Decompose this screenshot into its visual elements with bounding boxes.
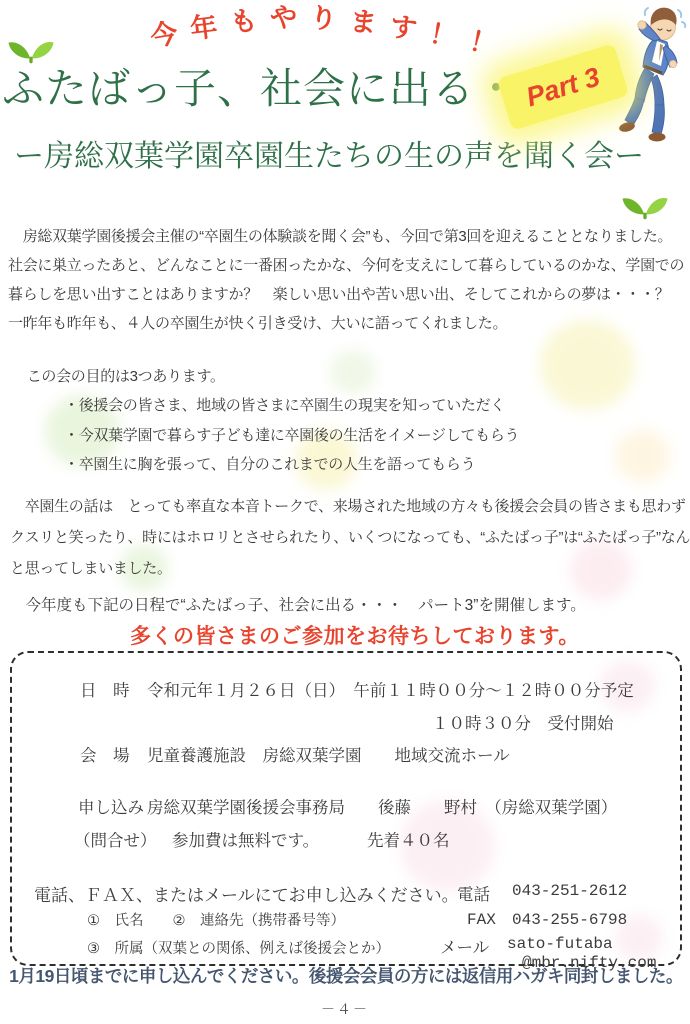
reception-time: １０時３０分 受付開始 [432, 710, 614, 734]
phone-label: 電話 [457, 881, 490, 905]
datetime-label: 日 時 [80, 677, 130, 701]
venue-value: 児童養護施設 房総双葉学園 地域交流ホール [147, 742, 510, 766]
fax-number: 043-255-6798 [512, 911, 627, 929]
intro-paragraph: 房総双葉学園後援会主催の“卒園生の体験談を聞く会”も、今回で第3回を迎えることと… [8, 222, 684, 338]
intro-line: 一昨年も昨年も、４人の卒園生が快く引き受け、大いに語ってくれました。 [8, 309, 684, 338]
reflection-line: と思ってしまいました。 [10, 553, 690, 584]
purpose-item: ・今双葉学園で暮らす子ども達に卒園後の生活をイメージしてもらう [64, 421, 519, 451]
flyer-page: 今年もやります！！ ふたばっ子、社会に出る・・・ Part 3 ー房総双葉学園卒… [0, 0, 690, 1024]
event-details-box: 日 時 令和元年１月２６日（日） 午前１１時００分～１２時００分予定 １０時３０… [10, 651, 682, 966]
reflection-line: クスリと笑ったり、時にはホロリとさせられたり、いくつになっても、“ふたばっ子”は… [10, 522, 690, 553]
venue-label: 会 場 [80, 742, 130, 766]
reflection-line: 卒園生の話は とっても率直な本音トークで、来場された地域の方々も後援会会員の皆さ… [10, 491, 690, 522]
datetime-value: 令和元年１月２６日（日） 午前１１時００分～１２時００分予定 [147, 677, 634, 701]
intro-line: 暮らしを思い出すことはありますか？ 楽しい思い出や苦い思い出、そしてこれからの夢… [8, 280, 684, 309]
page-number: －４－ [0, 999, 690, 1019]
mail-label: メール [440, 934, 489, 958]
mail-address-line1: sato-futaba [507, 935, 613, 953]
invitation-headline: 多くの皆さまのご参加をお待ちしております。 [122, 620, 588, 650]
purpose-item: ・後援会の皆さま、地域の皆さまに卒園生の現実を知っていただく [64, 391, 519, 421]
contact-instruction: 電話、ＦＡＸ、またはメールにてお申し込みください。 [34, 881, 459, 906]
banner-text: 今年もやります！！ [150, 2, 510, 41]
required-info-item: ③ 所属（双葉との関係、例えば後援会とか） [87, 937, 390, 958]
apply-label: 申し込み [78, 794, 144, 818]
background-blob [615, 430, 670, 482]
purpose-intro: この会の目的は3つあります。 [12, 362, 519, 391]
phone-number: 043-251-2612 [512, 882, 627, 900]
purpose-section: この会の目的は3つあります。 ・後援会の皆さま、地域の皆さまに卒園生の現実を知っ… [12, 362, 519, 480]
fee-note: 参加費は無料です。 [172, 827, 319, 851]
intro-line: 房総双葉学園後援会主催の“卒園生の体験談を聞く会”も、今回で第3回を迎えることと… [8, 222, 684, 251]
required-info-item: ① 氏名 ② 連絡先（携帯番号等） [87, 909, 345, 930]
announcement-line: 今年度も下記の日程で“ふたばっ子、社会に出る・・・ パート3”を開催します。 [10, 593, 586, 615]
apply-value: 房総双葉学園後援会事務局 後藤 野村 （房総双葉学園） [147, 794, 617, 818]
page-subtitle: ー房総双葉学園卒園生たちの生の声を聞く会ー [14, 131, 644, 175]
deadline-notice: 1月19日頃までに申し込んでください。後援会会員の方には返信用ハガキ同封しました… [3, 963, 689, 988]
purpose-item: ・卒園生に胸を張って、自分のこれまでの人生を語ってもらう [64, 450, 519, 480]
intro-line: 社会に巣立ったあと、どんなことに一番困ったかな、今何を支えにして暮らしているのか… [8, 251, 684, 280]
inquiry-label: （問合せ） [74, 827, 157, 851]
capacity-note: 先着４０名 [367, 827, 450, 851]
sprout-icon [620, 180, 670, 222]
reflection-paragraph: 卒園生の話は とっても率直な本音トークで、来場された地域の方々も後援会会員の皆さ… [10, 491, 690, 584]
fax-label: FAX [467, 911, 496, 929]
